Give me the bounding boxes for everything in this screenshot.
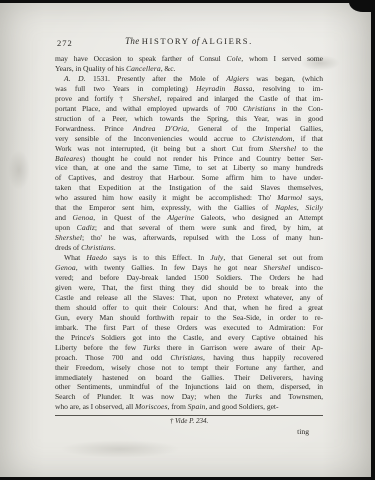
text-line: A. D. 1531. Presently after the Mole of …: [55, 74, 323, 84]
text-line: the Prince's Soldiers got into the Castl…: [55, 333, 323, 343]
text-line: other Sentiments, unmindful of the Injun…: [55, 382, 323, 392]
scan-edge-top: [0, 0, 375, 3]
text-line: them should offer to quit their Colours:…: [55, 303, 323, 313]
text-line: Forwardness. Prince Andrea D'Oria, Gener…: [55, 124, 323, 134]
text-line: struction of a Peer, which towards the S…: [55, 114, 323, 124]
catchword: ting: [55, 427, 323, 436]
footnote-rule: [55, 415, 323, 416]
body-text: may have Occasion to speak farther of Co…: [55, 54, 323, 412]
text-line: Baleares) thought he could not render hi…: [55, 154, 323, 164]
text-line: proach. Those 700 and odd Christians, ha…: [55, 353, 323, 363]
scan-corner-artifact: [349, 0, 375, 12]
title-word-the: The: [125, 36, 139, 46]
text-line: Gun, every Man should forthwith repair t…: [55, 313, 323, 323]
text-line: Castle and release all the Slaves: That,…: [55, 293, 323, 303]
text-line: portant Place, and withal employed upwar…: [55, 104, 323, 114]
footnote: † Vide P. 234.: [55, 417, 323, 425]
text-line: Search of Plunder. It was now Day; when …: [55, 392, 323, 402]
paragraph: A. D. 1531. Presently after the Mole of …: [55, 74, 323, 253]
text-line: who assured him how easily it might be a…: [55, 193, 323, 203]
text-line: What Haedo says is to this Effect. In Ju…: [55, 253, 323, 263]
title-word-history: HISTORY: [142, 36, 190, 46]
text-line: of Captives, and destroy that Harbour. S…: [55, 173, 323, 183]
paragraph: What Haedo says is to this Effect. In Ju…: [55, 253, 323, 412]
text-line: dreds of Christians.: [55, 243, 323, 253]
title-word-algiers: ALGIERS.: [202, 36, 253, 46]
text-line: Liberty before the few Turks there in Ga…: [55, 343, 323, 353]
text-line: who are, as I observed, all Moriscoes, f…: [55, 402, 323, 412]
text-line: Years, in Quality of his Cancellera, &c.: [55, 64, 323, 74]
scan-smudge: [8, 150, 30, 190]
title-word-of: of: [192, 36, 200, 46]
paragraph: may have Occasion to speak farther of Co…: [55, 54, 323, 74]
text-line: may have Occasion to speak farther of Co…: [55, 54, 323, 64]
text-line: Genoa, with twenty Gallies. In few Days …: [55, 263, 323, 273]
text-line: vice than, at one and the same Time, to …: [55, 163, 323, 173]
text-line: vered; and before Day-break landed 1500 …: [55, 273, 323, 283]
scan-edge-right: [371, 0, 375, 480]
text-line: was full two Years in completing) Heyrad…: [55, 84, 323, 94]
running-title: The HISTORY of ALGIERS.: [55, 36, 323, 46]
text-line: given were, That, the first thing they d…: [55, 283, 323, 293]
text-line: taken that Expedition at the Instigation…: [55, 183, 323, 193]
text-line: and Genoa, in Quest of the Algerine Gale…: [55, 213, 323, 223]
text-line: immediately hastened on board the Gallie…: [55, 373, 323, 383]
text-line: Work was not interrupted, (it being but …: [55, 144, 323, 154]
scanned-book-page: 272 The HISTORY of ALGIERS. may have Occ…: [0, 0, 375, 480]
text-column: 272 The HISTORY of ALGIERS. may have Occ…: [55, 36, 323, 436]
text-line: very sensible of the Inconveniencies wou…: [55, 134, 323, 144]
text-line: prove and fortify † Shershel, repaired a…: [55, 94, 323, 104]
text-line: upon Cadiz; and that several of them wer…: [55, 223, 323, 233]
text-line: that the Emperor sent him, expressly, wi…: [55, 203, 323, 213]
text-line: imbark. The first Part of these Orders w…: [55, 323, 323, 333]
text-line: Shershel; tho' he was, afterwards, repul…: [55, 233, 323, 243]
page-header: 272 The HISTORY of ALGIERS.: [55, 36, 323, 50]
text-line: their Freedom, wisely chose not to tempt…: [55, 363, 323, 373]
scan-smudge: [60, 440, 180, 458]
